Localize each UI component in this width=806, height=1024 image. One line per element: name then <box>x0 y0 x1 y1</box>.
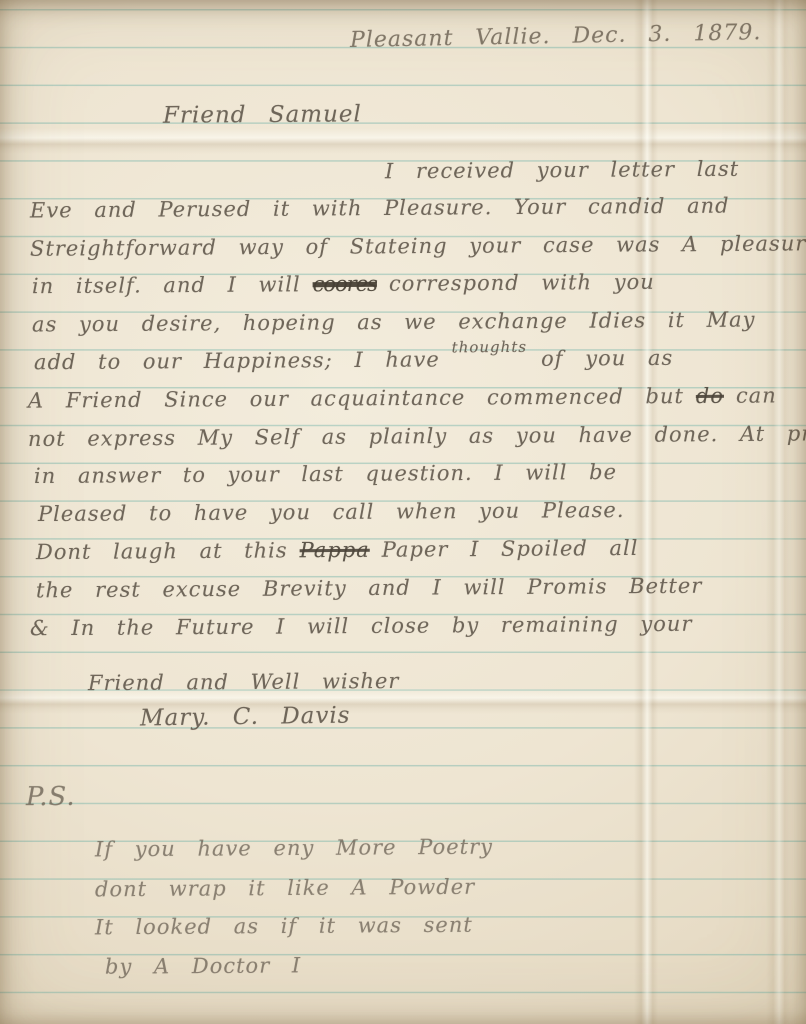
fold-crease-vertical-center <box>634 0 658 1024</box>
letter-body-line: the rest excuse Brevity and I will Promi… <box>36 574 703 603</box>
letter-body-line: in answer to your last question. I will … <box>34 460 617 488</box>
letter-body-line: in itself. and I willcoorescorrespond wi… <box>32 270 655 298</box>
body-text: Eve and Perused it with Pleasure. Your c… <box>30 194 730 223</box>
ps-text: by A Doctor I <box>105 953 301 978</box>
dateline-text: Pleasant Vallie. Dec. 3. 1879. <box>350 20 762 53</box>
body-text: in itself. and I will <box>32 272 301 298</box>
body-text: the rest excuse Brevity and I will Promi… <box>36 574 703 603</box>
signature-text: Mary. C. Davis <box>140 703 351 732</box>
inserted-word-above-line: thoughts <box>452 338 527 357</box>
body-text: I received your letter last <box>385 157 739 183</box>
fold-crease-horizontal-top <box>0 128 806 154</box>
letter-body-line: not express My Self as plainly as you ha… <box>28 421 806 451</box>
crossed-out-word: Pappa <box>300 538 370 562</box>
salutation-text: Friend Samuel <box>163 101 362 128</box>
body-text: Paper I Spoiled all <box>382 536 639 562</box>
crossed-out-word: coores <box>313 272 377 296</box>
fold-crease-vertical-right <box>766 0 790 1024</box>
ps-text: If you have eny More Poetry <box>95 835 493 862</box>
body-text: Pleased to have you call when you Please… <box>38 498 625 526</box>
postscript-line: It looked as if it was sent <box>95 913 473 940</box>
ps-label-text: P.S. <box>26 782 76 812</box>
body-text: as you desire, hopeing as we exchange Id… <box>32 307 756 336</box>
letter-body-line: A Friend Since our acquaintance commence… <box>28 383 777 412</box>
body-text: & In the Future I will close by remainin… <box>30 612 693 641</box>
postscript-line: dont wrap it like A Powder <box>95 875 475 902</box>
postscript-line: If you have eny More Poetry <box>95 835 493 862</box>
letter-sheet: Pleasant Vallie. Dec. 3. 1879. Friend Sa… <box>0 0 806 1024</box>
letter-body-line: Eve and Perused it with Pleasure. Your c… <box>30 194 730 223</box>
letter-body-line: I received your letter last <box>385 157 739 183</box>
body-text: of you as <box>541 346 673 371</box>
letter-body-line: & In the Future I will close by remainin… <box>30 612 693 641</box>
body-text: Friend and Well wisher <box>88 669 400 695</box>
body-text: can <box>736 383 777 407</box>
body-text: not express My Self as plainly as you ha… <box>28 421 806 451</box>
body-text: add to our Happiness; I have <box>34 347 440 374</box>
letter-body-line: Pleased to have you call when you Please… <box>38 498 625 526</box>
letter-body-line: add to our Happiness; I havethoughtsof y… <box>34 346 673 374</box>
postscript-label: P.S. <box>26 782 76 812</box>
letter-body-line: Friend and Well wisher <box>88 669 400 695</box>
letter-body-line: Streightforward way of Stateing your cas… <box>30 231 806 261</box>
body-text: Dont laugh at this <box>36 538 288 564</box>
body-text: Streightforward way of Stateing your cas… <box>30 231 806 261</box>
body-text: in answer to your last question. I will … <box>34 460 617 488</box>
body-text: A Friend Since our acquaintance commence… <box>28 384 684 413</box>
letter-body-line: as you desire, hopeing as we exchange Id… <box>32 307 756 336</box>
crossed-out-word: do <box>696 384 724 408</box>
body-text: correspond with you <box>389 270 655 296</box>
letter-body-line: Dont laugh at thisPappaPaper I Spoiled a… <box>36 536 639 564</box>
letter-dateline: Pleasant Vallie. Dec. 3. 1879. <box>350 20 762 53</box>
letter-salutation: Friend Samuel <box>163 101 362 128</box>
ps-text: dont wrap it like A Powder <box>95 875 475 902</box>
postscript-line: by A Doctor I <box>105 953 301 978</box>
ps-text: It looked as if it was sent <box>95 913 473 940</box>
letter-signature: Mary. C. Davis <box>140 703 351 732</box>
